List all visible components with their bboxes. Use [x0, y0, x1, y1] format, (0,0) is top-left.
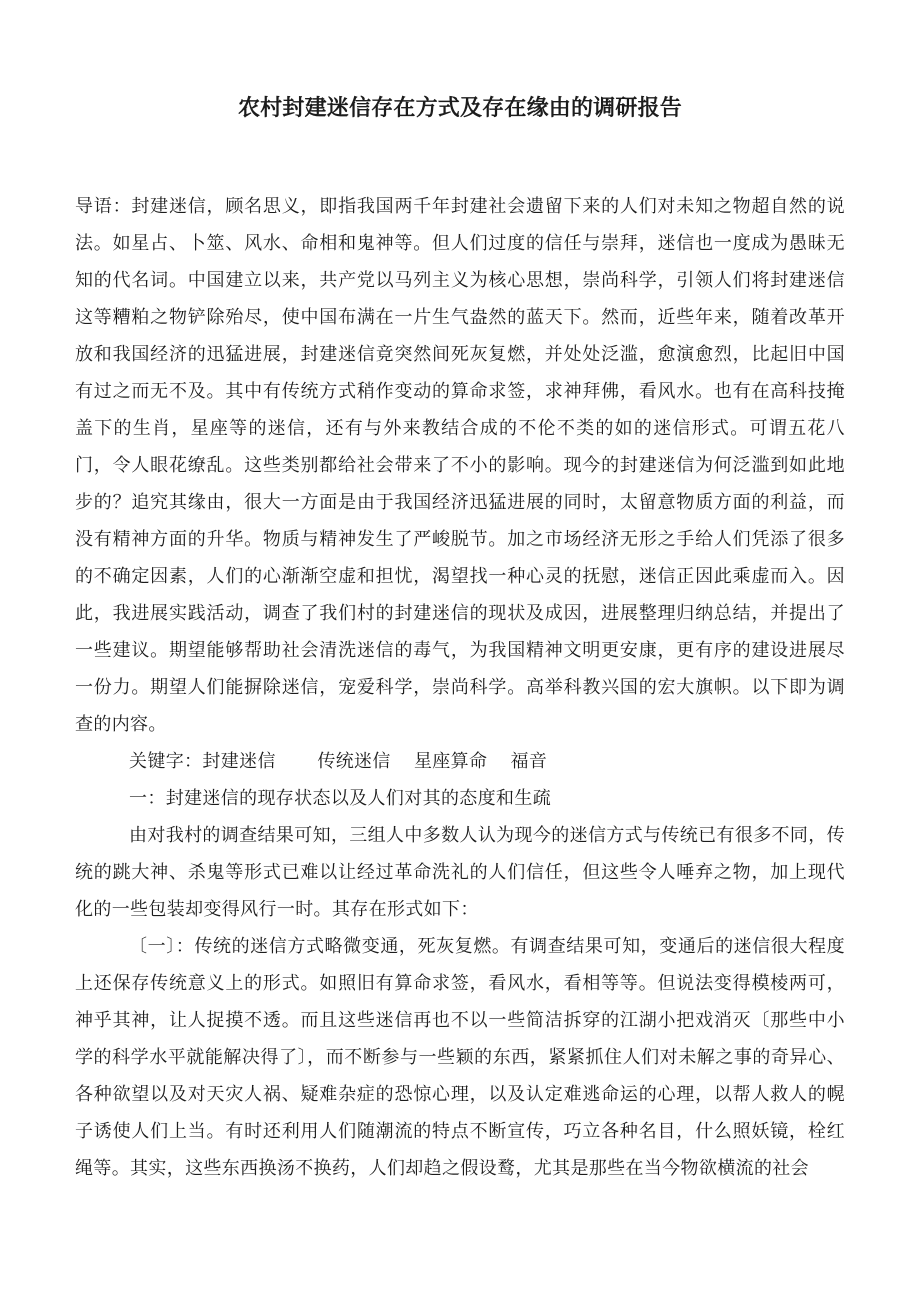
- document-page: 农村封建迷信存在方式及存在缘由的调研报告 导语：封建迷信，顾名思义，即指我国两千…: [0, 0, 920, 1302]
- document-body: 导语：封建迷信，顾名思义，即指我国两千年封建社会遗留下来的人们对未知之物超自然的…: [75, 188, 845, 1187]
- paragraph-keywords: 关键字：封建迷信 传统迷信 星座算命 福音: [75, 743, 845, 780]
- paragraph-intro: 导语：封建迷信，顾名思义，即指我国两千年封建社会遗留下来的人们对未知之物超自然的…: [75, 188, 845, 743]
- document-title: 农村封建迷信存在方式及存在缘由的调研报告: [75, 92, 845, 124]
- section-1-heading: 一：封建迷信的现存状态以及人们对其的态度和生疏: [75, 780, 845, 817]
- paragraph-survey-overview: 由对我村的调查结果可知，三组人中多数人认为现今的迷信方式与传统已有很多不同，传统…: [75, 817, 845, 928]
- paragraph-item-1: 〔一〕：传统的迷信方式略微变通，死灰复燃。有调查结果可知，变通后的迷信很大程度上…: [75, 928, 845, 1187]
